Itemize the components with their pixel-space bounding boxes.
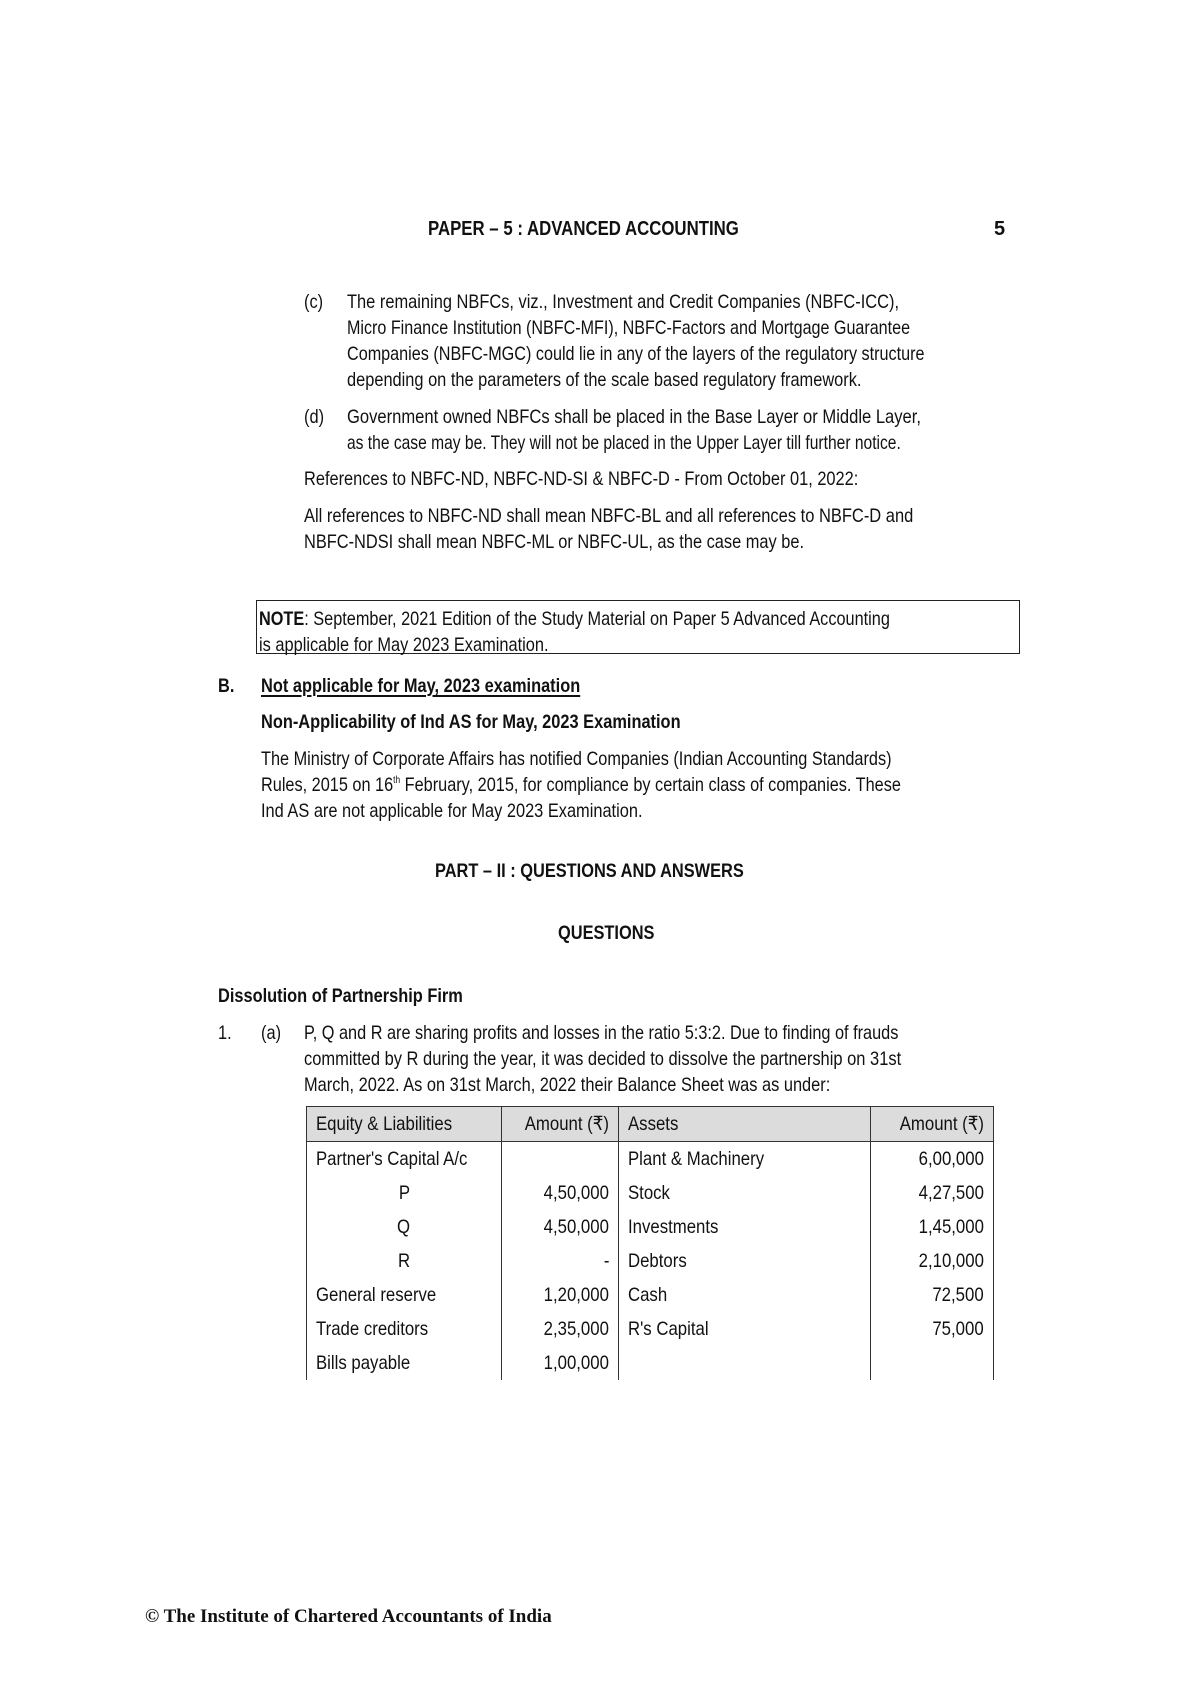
liability-cell: Trade creditors [307, 1312, 502, 1346]
note-label: NOTE [259, 608, 304, 630]
section-b-subheading-text: Non-Applicability of Ind AS for May, 202… [261, 709, 681, 735]
liability-cell: R [307, 1244, 502, 1278]
item-c-line-3: Companies (NBFC-MGC) could lie in any of… [347, 341, 1043, 367]
cell-text: General reserve [316, 1284, 436, 1307]
item-d-line-1: Government owned NBFCs shall be placed i… [347, 404, 1022, 430]
header-assets: Assets [619, 1107, 871, 1142]
cell-text: Partner's Capital A/c [316, 1148, 467, 1171]
header-text: Amount (₹) [900, 1112, 984, 1136]
cell-text: 4,27,500 [919, 1182, 984, 1205]
cell-text: Trade creditors [316, 1318, 428, 1341]
header-text: Assets [628, 1113, 678, 1136]
section-b-para-line-3: Ind AS are not applicable for May 2023 E… [261, 798, 715, 824]
liability-amount-cell: 1,00,000 [502, 1346, 619, 1380]
asset-amount-cell: 4,27,500 [871, 1176, 994, 1210]
references-heading-text: References to NBFC-ND, NBFC-ND-SI & NBFC… [304, 466, 858, 492]
section-b-para-text-3: Ind AS are not applicable for May 2023 E… [261, 798, 643, 824]
item-c-line-4: depending on the parameters of the scale… [347, 367, 959, 393]
item-d-label: (d) [304, 404, 328, 430]
asset-amount-cell: 6,00,000 [871, 1142, 994, 1177]
item-c-text-4: depending on the parameters of the scale… [347, 367, 861, 393]
asset-amount-cell [871, 1346, 994, 1380]
question-line-1: P, Q and R are sharing profits and losse… [304, 1020, 1016, 1046]
cell-text: 75,000 [933, 1318, 984, 1341]
cell-text: Cash [628, 1284, 667, 1307]
question-text-1: P, Q and R are sharing profits and losse… [304, 1020, 898, 1046]
cell-text: - [603, 1250, 609, 1273]
asset-cell: Stock [619, 1176, 871, 1210]
asset-cell: R's Capital [619, 1312, 871, 1346]
questions-heading-text: QUESTIONS [558, 920, 654, 946]
liability-amount-cell: - [502, 1244, 619, 1278]
item-c-text-2: Micro Finance Institution (NBFC-MFI), NB… [347, 315, 910, 341]
note-text-2: is applicable for May 2023 Examination. [259, 632, 549, 658]
table-row: Trade creditors2,35,000R's Capital75,000 [307, 1312, 994, 1346]
item-c-label: (c) [304, 289, 327, 315]
cell-text: Q [397, 1216, 410, 1239]
table-row: Bills payable1,00,000 [307, 1346, 994, 1380]
header-text: Amount (₹) [525, 1112, 609, 1136]
asset-cell [619, 1346, 871, 1380]
section-b-para-text-2a: Rules, 2015 on 16 [261, 774, 393, 796]
section-b-para-text-1: The Ministry of Corporate Affairs has no… [261, 746, 892, 772]
question-line-3: March, 2022. As on 31st March, 2022 thei… [304, 1072, 931, 1098]
cell-text: Plant & Machinery [628, 1148, 764, 1171]
item-c-line-1: The remaining NBFCs, viz., Investment an… [347, 289, 1003, 315]
header-title-text: PAPER – 5 : ADVANCED ACCOUNTING [428, 218, 739, 241]
liability-amount-cell [502, 1142, 619, 1177]
cell-text: Debtors [628, 1250, 687, 1273]
item-d-label-text: (d) [304, 404, 324, 430]
asset-amount-cell: 75,000 [871, 1312, 994, 1346]
question-text-2: committed by R during the year, it was d… [304, 1046, 901, 1072]
section-b-title-text: Not applicable for May, 2023 examination [261, 673, 580, 699]
item-c-text-3: Companies (NBFC-MGC) could lie in any of… [347, 341, 924, 367]
question-line-2: committed by R during the year, it was d… [304, 1046, 1011, 1072]
section-b-title: Not applicable for May, 2023 examination [261, 673, 641, 699]
section-b-marker: B. [218, 673, 238, 699]
cell-text: 1,45,000 [919, 1216, 984, 1239]
liability-amount-cell: 1,20,000 [502, 1278, 619, 1312]
liability-cell: Bills payable [307, 1346, 502, 1380]
table-row: General reserve1,20,000Cash72,500 [307, 1278, 994, 1312]
liability-cell: P [307, 1176, 502, 1210]
cell-text: 6,00,000 [919, 1148, 984, 1171]
header-equity-liabilities: Equity & Liabilities [307, 1107, 502, 1142]
liability-amount-cell: 4,50,000 [502, 1176, 619, 1210]
balance-sheet-body: Partner's Capital A/cPlant & Machinery6,… [307, 1142, 994, 1381]
cell-text: P [398, 1182, 409, 1205]
cell-text: 1,20,000 [544, 1284, 609, 1307]
item-d-line-2: as the case may be. They will not be pla… [347, 430, 1039, 456]
cell-text: R [398, 1250, 410, 1273]
cell-text: 2,10,000 [919, 1250, 984, 1273]
part2-title: PART – II : QUESTIONS AND ANSWERS [435, 858, 803, 884]
item-c-line-2: Micro Finance Institution (NBFC-MFI), NB… [347, 315, 1029, 341]
liability-cell: Q [307, 1210, 502, 1244]
asset-amount-cell: 1,45,000 [871, 1210, 994, 1244]
questions-heading: QUESTIONS [558, 920, 673, 946]
asset-cell: Debtors [619, 1244, 871, 1278]
question-topic-text: Dissolution of Partnership Firm [218, 983, 463, 1009]
section-b-marker-text: B. [218, 673, 234, 699]
cell-text: 72,500 [933, 1284, 984, 1307]
note-line-2: is applicable for May 2023 Examination. [259, 632, 604, 658]
balance-sheet-header-row: Equity & Liabilities Amount (₹) Assets A… [307, 1107, 994, 1142]
table-row: Partner's Capital A/cPlant & Machinery6,… [307, 1142, 994, 1177]
section-b-subheading: Non-Applicability of Ind AS for May, 202… [261, 709, 761, 735]
item-d-text-1: Government owned NBFCs shall be placed i… [347, 404, 921, 430]
asset-cell: Investments [619, 1210, 871, 1244]
section-b-para-text-2b: February, 2015, for compliance by certai… [400, 774, 901, 796]
asset-amount-cell: 72,500 [871, 1278, 994, 1312]
question-number-text: 1. [218, 1020, 232, 1046]
references-text-2: NBFC-NDSI shall mean NBFC-ML or NBFC-UL,… [304, 529, 804, 555]
cell-text: 2,35,000 [544, 1318, 609, 1341]
references-heading: References to NBFC-ND, NBFC-ND-SI & NBFC… [304, 466, 964, 492]
document-page: PAPER – 5 : ADVANCED ACCOUNTING 5 (c) Th… [0, 0, 1191, 1684]
cell-text: 1,00,000 [544, 1352, 609, 1375]
running-header-title: PAPER – 5 : ADVANCED ACCOUNTING [428, 218, 798, 241]
liability-cell: General reserve [307, 1278, 502, 1312]
question-number: 1. [218, 1020, 234, 1046]
cell-text: 4,50,000 [544, 1216, 609, 1239]
part2-title-text: PART – II : QUESTIONS AND ANSWERS [435, 858, 744, 884]
balance-sheet-table: Equity & Liabilities Amount (₹) Assets A… [306, 1106, 994, 1380]
liability-amount-cell: 2,35,000 [502, 1312, 619, 1346]
item-c-label-text: (c) [304, 289, 323, 315]
note-line-1: NOTE: September, 2021 Edition of the Stu… [259, 606, 1015, 632]
liability-cell: Partner's Capital A/c [307, 1142, 502, 1177]
page-number: 5 [994, 218, 1005, 241]
cell-text: Investments [628, 1216, 718, 1239]
header-text: Equity & Liabilities [316, 1113, 452, 1136]
superscript-th: th [393, 775, 400, 786]
cell-text: R's Capital [628, 1318, 709, 1341]
asset-cell: Cash [619, 1278, 871, 1312]
header-amount-assets: Amount (₹) [871, 1107, 994, 1142]
question-topic: Dissolution of Partnership Firm [218, 983, 509, 1009]
cell-text: Bills payable [316, 1352, 410, 1375]
cell-text: 4,50,000 [544, 1182, 609, 1205]
note-text-1: : September, 2021 Edition of the Study M… [304, 608, 890, 630]
question-sub-label: (a) [261, 1020, 285, 1046]
liability-amount-cell: 4,50,000 [502, 1210, 619, 1244]
table-row: R-Debtors2,10,000 [307, 1244, 994, 1278]
references-text-1: All references to NBFC-ND shall mean NBF… [304, 503, 913, 529]
section-b-para-line-2: Rules, 2015 on 16th February, 2015, for … [261, 772, 1027, 798]
footer-copyright: © The Institute of Chartered Accountants… [145, 1606, 552, 1628]
references-line-2: NBFC-NDSI shall mean NBFC-ML or NBFC-UL,… [304, 529, 899, 555]
asset-cell: Plant & Machinery [619, 1142, 871, 1177]
header-amount-liabilities: Amount (₹) [502, 1107, 619, 1142]
item-c-text-1: The remaining NBFCs, viz., Investment an… [347, 289, 899, 315]
asset-amount-cell: 2,10,000 [871, 1244, 994, 1278]
item-d-text-2: as the case may be. They will not be pla… [347, 430, 901, 456]
table-row: P4,50,000Stock4,27,500 [307, 1176, 994, 1210]
question-text-3: March, 2022. As on 31st March, 2022 thei… [304, 1072, 830, 1098]
cell-text: Stock [628, 1182, 670, 1205]
question-sub-label-text: (a) [261, 1020, 281, 1046]
references-line-1: All references to NBFC-ND shall mean NBF… [304, 503, 1025, 529]
section-b-para-line-1: The Ministry of Corporate Affairs has no… [261, 746, 1016, 772]
table-row: Q4,50,000Investments1,45,000 [307, 1210, 994, 1244]
